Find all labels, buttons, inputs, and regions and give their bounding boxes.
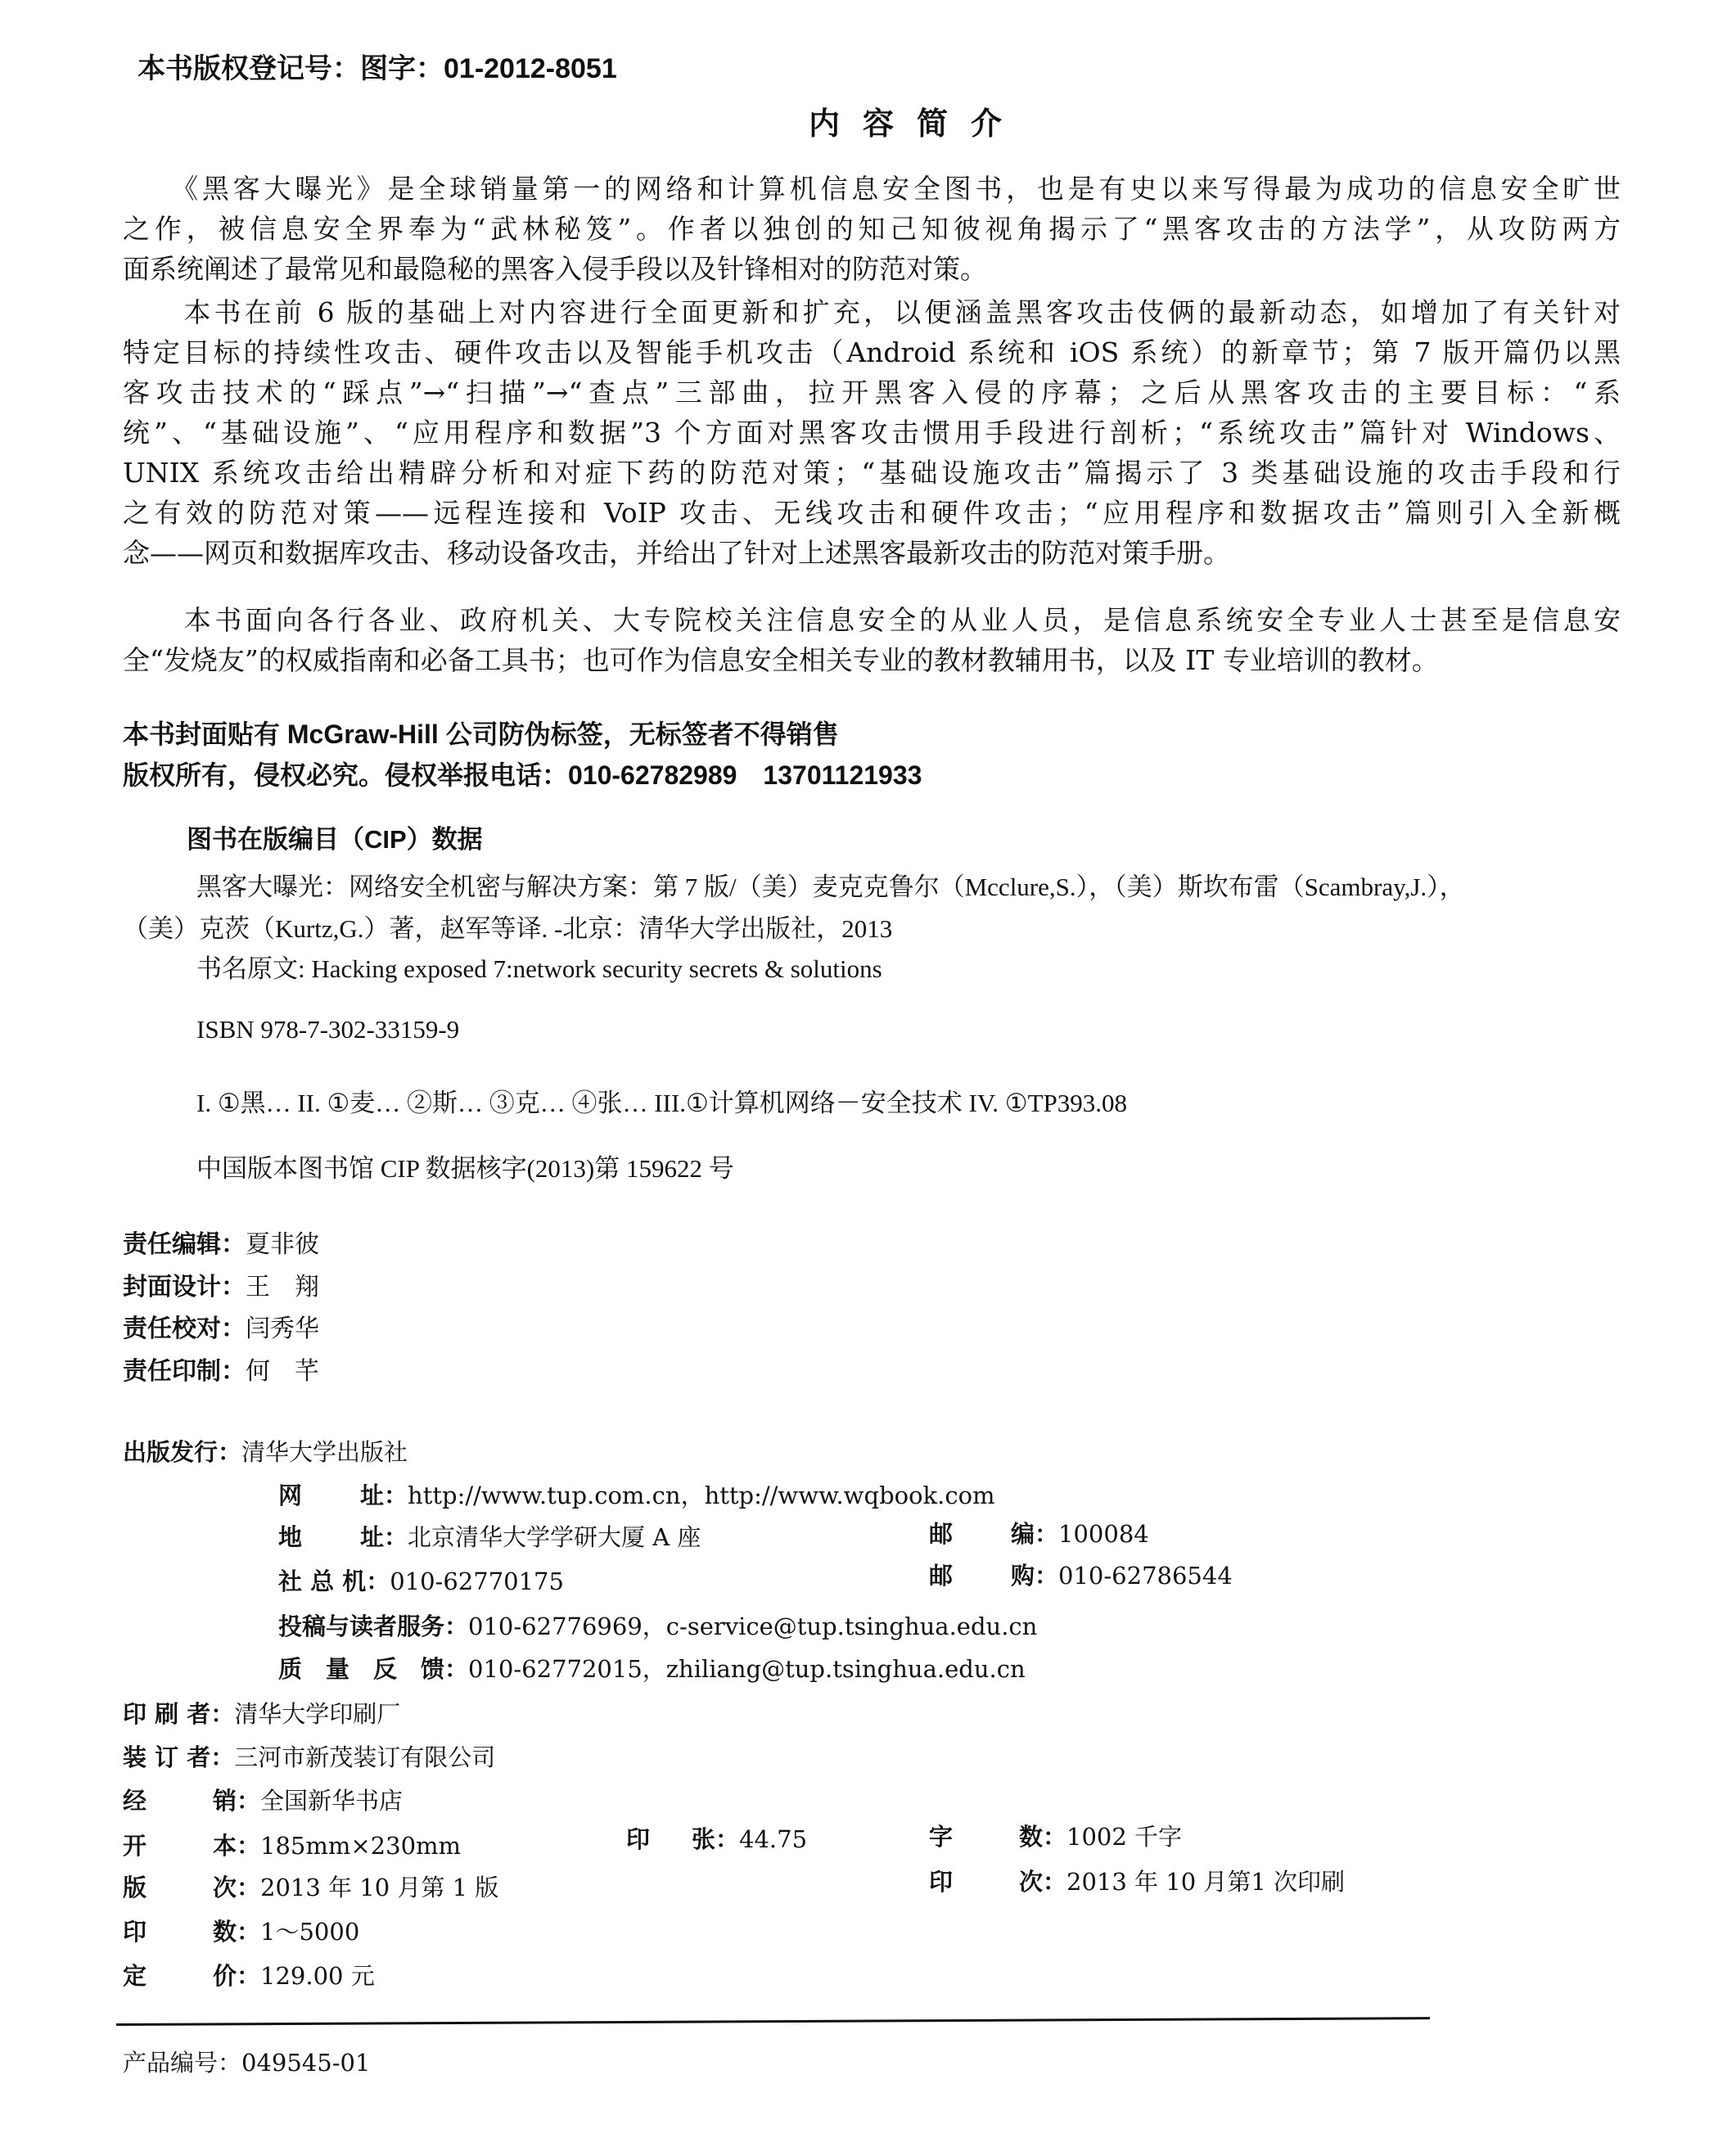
website-value: http://www.tup.com.cn，http://www.wqbook.… — [408, 1482, 995, 1509]
publisher-name: 清华大学出版社 — [241, 1438, 408, 1466]
printer-label: 印 刷 者： — [123, 1696, 234, 1730]
distributor-label-b: 销： — [213, 1783, 260, 1816]
text-line: 本书在前 6 版的基础上对内容进行全面更新和扩充，以便涵盖黑客攻击伎俩的最新动态… — [123, 292, 1621, 332]
website-row: 网址：http://www.tup.com.cn，http://www.wqbo… — [278, 1477, 995, 1511]
printing-label-a: 印 — [929, 1864, 1019, 1897]
sheets-label-a: 印 — [626, 1821, 692, 1855]
price-value: 129.00 元 — [260, 1962, 375, 1990]
text-line: 之作，被信息安全界奉为“武林秘笈”。作者以独创的知己知彼视角揭示了“黑客攻击的方… — [123, 209, 1621, 249]
text-line: 之有效的防范对策——远程连接和 VoIP 攻击、无线攻击和硬件攻击；“应用程序和… — [123, 493, 1621, 533]
staff-value: 王 翔 — [246, 1273, 319, 1301]
staff-label: 封面设计： — [123, 1273, 246, 1301]
distributor-label-a: 经 — [123, 1783, 213, 1816]
word-count-row: 字数：1002 千字 — [929, 1819, 1182, 1852]
staff-proofreader: 责任校对：闫秀华 — [123, 1308, 319, 1344]
switchboard-row: 社 总 机：010-62770175 — [278, 1563, 564, 1597]
website-label-a: 网 — [278, 1477, 360, 1511]
quality-feedback-label: 质 量 反 馈： — [278, 1651, 468, 1685]
reader-service-label: 投稿与读者服务： — [278, 1608, 468, 1642]
distributor-row: 经销：全国新华书店 — [123, 1783, 403, 1816]
print-run-label-b: 数： — [213, 1914, 260, 1947]
printing-value: 2013 年 10 月第1 次印刷 — [1066, 1868, 1345, 1896]
quality-feedback-row: 质 量 反 馈：010-62772015，zhiliang@tup.tsingh… — [278, 1651, 1026, 1685]
staff-value: 夏非彼 — [246, 1230, 319, 1259]
address-label-a: 地 — [278, 1519, 360, 1553]
edition-row: 版次：2013 年 10 月第 1 版 — [123, 1870, 498, 1903]
publisher-label: 出版发行： — [123, 1438, 241, 1466]
sheets-row: 印张：44.75 — [626, 1821, 807, 1855]
edition-value: 2013 年 10 月第 1 版 — [260, 1874, 498, 1901]
summary-paragraph-2: 本书在前 6 版的基础上对内容进行全面更新和扩充，以便涵盖黑客攻击伎俩的最新动态… — [123, 292, 1621, 573]
staff-editor: 责任编辑：夏非彼 — [123, 1224, 319, 1260]
word-count-value: 1002 千字 — [1066, 1823, 1182, 1851]
price-label-b: 价： — [213, 1958, 260, 1991]
word-count-label-a: 字 — [929, 1819, 1019, 1852]
postcode-label-b: 编： — [1011, 1516, 1058, 1549]
cip-heading: 图书在版编目（CIP）数据 — [187, 819, 483, 855]
edition-label-b: 次： — [213, 1870, 260, 1903]
binder-row: 装 订 者：三河市新茂装订有限公司 — [123, 1739, 495, 1773]
staff-label: 责任印制： — [123, 1357, 246, 1386]
price-label-a: 定 — [123, 1958, 213, 1991]
address-value: 北京清华大学学研大厦 A 座 — [408, 1523, 701, 1551]
cip-original-title: 书名原文: Hacking exposed 7:network security… — [196, 948, 882, 985]
product-number: 产品编号：049545-01 — [123, 2045, 370, 2078]
word-count-label-b: 数： — [1019, 1819, 1066, 1852]
cip-classification: I. ①黑… II. ①麦… ②斯… ③克… ④张… III.①计算机网络－安全… — [196, 1082, 1127, 1119]
website-label-b: 址： — [360, 1477, 408, 1511]
text-line: UNIX 系统攻击给出精辟分析和对症下药的防范对策；“基础设施攻击”篇揭示了 3… — [123, 453, 1621, 493]
print-run-value: 1～5000 — [260, 1918, 359, 1946]
mail-order-value: 010-62786544 — [1058, 1562, 1233, 1590]
format-label-a: 开 — [123, 1828, 213, 1861]
binder-value: 三河市新茂装订有限公司 — [234, 1743, 495, 1771]
text-line: 念——网页和数据库攻击、移动设备攻击，并给出了针对上述黑客最新攻击的防范对策手册… — [123, 533, 1621, 573]
sheets-value: 44.75 — [739, 1825, 807, 1853]
cip-isbn: ISBN 978-7-302-33159-9 — [196, 1015, 459, 1044]
address-label-b: 址： — [360, 1519, 408, 1553]
print-run-row: 印数：1～5000 — [123, 1914, 359, 1947]
staff-value: 闫秀华 — [246, 1315, 319, 1343]
reader-service-row: 投稿与读者服务：010-62776969，c-service@tup.tsing… — [278, 1608, 1037, 1642]
edition-label-a: 版 — [123, 1870, 213, 1903]
staff-printing-supervisor: 责任印制：何 芊 — [123, 1351, 319, 1387]
copyright-registration-number: 本书版权登记号：图字：01-2012-8051 — [138, 46, 617, 86]
binder-label: 装 订 者： — [123, 1739, 234, 1773]
price-row: 定价：129.00 元 — [123, 1958, 375, 1991]
mail-order-label-a: 邮 — [929, 1558, 1011, 1591]
format-value: 185mm×230mm — [260, 1832, 461, 1860]
mail-order-label-b: 购： — [1011, 1558, 1058, 1591]
quality-feedback-value: 010-62772015，zhiliang@tup.tsinghua.edu.c… — [468, 1655, 1026, 1683]
section-title: 内容简介 — [809, 98, 1025, 143]
staff-cover-design: 封面设计：王 翔 — [123, 1266, 319, 1302]
printing-row: 印次：2013 年 10 月第1 次印刷 — [929, 1864, 1345, 1897]
mail-order-row: 邮购：010-62786544 — [929, 1558, 1233, 1591]
postcode-row: 邮编：100084 — [929, 1516, 1149, 1549]
divider-rule — [116, 2017, 1430, 2026]
staff-value: 何 芊 — [246, 1357, 319, 1386]
distributor-value: 全国新华书店 — [260, 1787, 403, 1815]
sheets-label-b: 张： — [692, 1821, 739, 1855]
cip-entry-line-2: （美）克茨（Kurtz,G.）著，赵军等译. -北京：清华大学出版社，2013 — [123, 908, 892, 945]
address-row: 地址：北京清华大学学研大厦 A 座 — [278, 1519, 701, 1553]
text-line: 《黑客大曝光》是全球销量第一的网络和计算机信息安全图书，也是有史以来写得最为成功… — [123, 169, 1621, 209]
staff-label: 责任校对： — [123, 1315, 246, 1343]
format-row: 开本：185mm×230mm — [123, 1828, 461, 1861]
postcode-value: 100084 — [1058, 1520, 1149, 1548]
cip-library-record: 中国版本图书馆 CIP 数据核字(2013)第 159622 号 — [196, 1148, 734, 1184]
reader-service-value: 010-62776969，c-service@tup.tsinghua.edu.… — [468, 1612, 1037, 1640]
postcode-label-a: 邮 — [929, 1516, 1011, 1549]
summary-paragraph-1: 《黑客大曝光》是全球销量第一的网络和计算机信息安全图书，也是有史以来写得最为成功… — [123, 169, 1621, 289]
text-line: 本书面向各行各业、政府机关、大专院校关注信息安全的从业人员，是信息系统安全专业人… — [123, 600, 1621, 640]
summary-paragraph-3: 本书面向各行各业、政府机关、大专院校关注信息安全的从业人员，是信息系统安全专业人… — [123, 600, 1621, 680]
printer-value: 清华大学印刷厂 — [234, 1700, 400, 1728]
text-line: 面系统阐述了最常见和最隐秘的黑客入侵手段以及针锋相对的防范对策。 — [123, 249, 1621, 289]
switchboard-value: 010-62770175 — [390, 1567, 564, 1595]
print-run-label-a: 印 — [123, 1914, 213, 1947]
copyright-notice: 版权所有，侵权必究。侵权举报电话：010-62782989 1370112193… — [123, 755, 922, 792]
text-line: 特定目标的持续性攻击、硬件攻击以及智能手机攻击（Android 系统和 iOS … — [123, 332, 1621, 372]
format-label-b: 本： — [213, 1828, 260, 1861]
text-line: 客攻击技术的“踩点”→“扫描”→“查点”三部曲，拉开黑客入侵的序幕；之后从黑客攻… — [123, 372, 1621, 413]
printer-row: 印 刷 者：清华大学印刷厂 — [123, 1696, 400, 1730]
printing-label-b: 次： — [1019, 1864, 1066, 1897]
staff-label: 责任编辑： — [123, 1230, 246, 1259]
text-line: 统”、“基础设施”、“应用程序和数据”3 个方面对黑客攻击惯用手段进行剖析；“系… — [123, 413, 1621, 453]
cip-entry-line-1: 黑客大曝光：网络安全机密与解决方案：第 7 版/（美）麦克克鲁尔（Mcclure… — [196, 866, 1465, 903]
publisher-row: 出版发行：清华大学出版社 — [123, 1434, 408, 1468]
anti-counterfeit-notice: 本书封面贴有 McGraw-Hill 公司防伪标签，无标签者不得销售 — [123, 714, 839, 751]
text-line: 全“发烧友”的权威指南和必备工具书；也可作为信息安全相关专业的教材教辅用书，以及… — [123, 640, 1621, 680]
switchboard-label: 社 总 机： — [278, 1563, 390, 1597]
